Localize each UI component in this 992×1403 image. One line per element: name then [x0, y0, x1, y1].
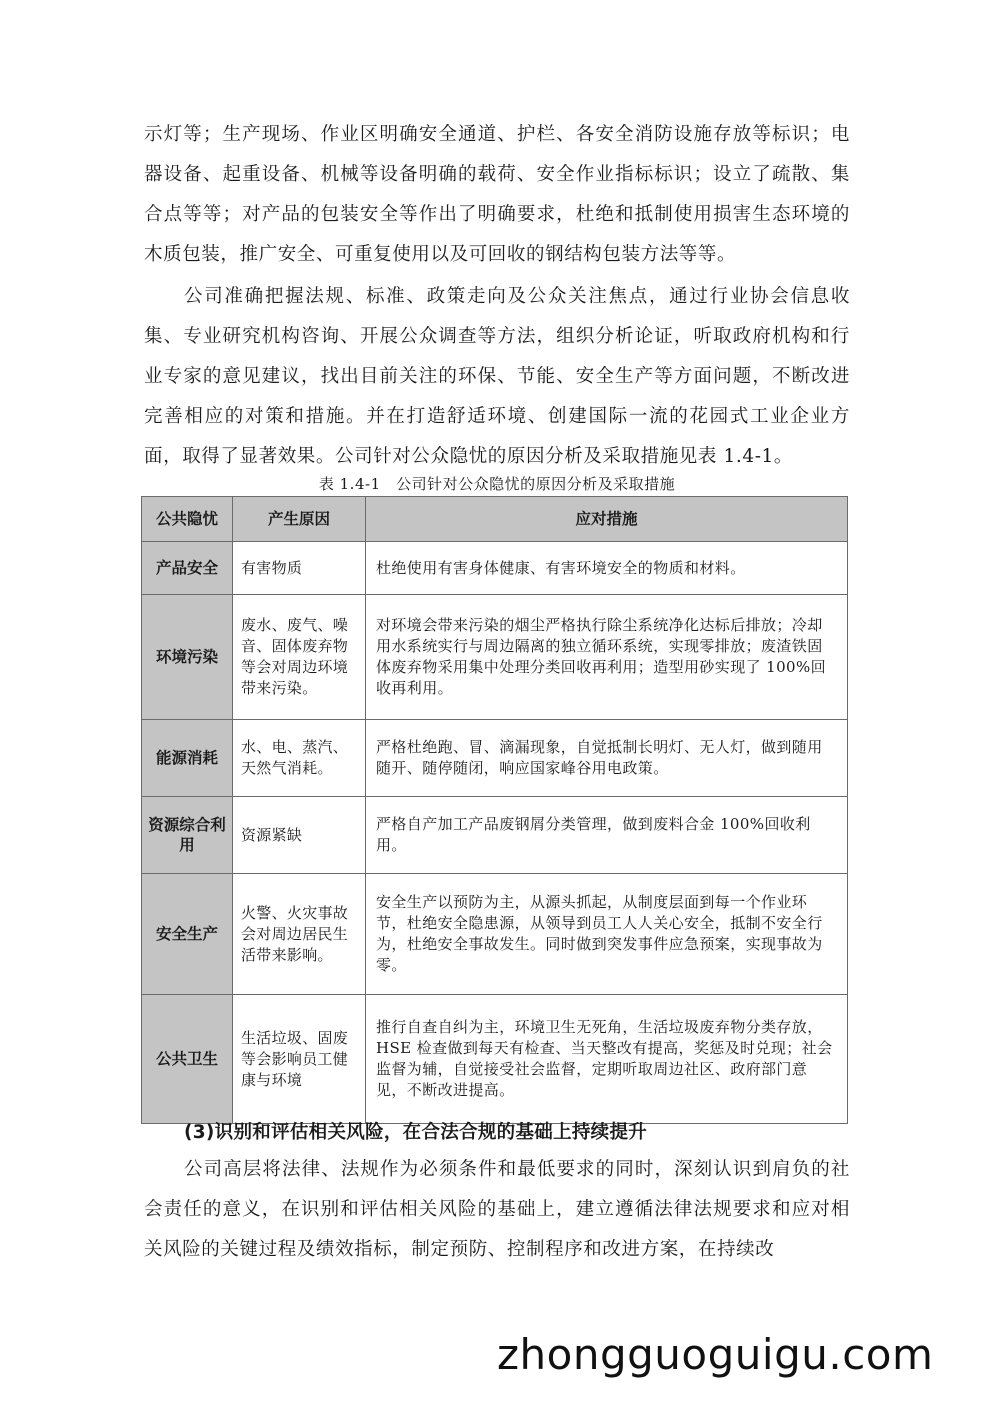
table-row: 产品安全 有害物质 杜绝使用有害身体健康、有害环境安全的物质和材料。 [142, 542, 848, 595]
table-row: 公共卫生 生活垃圾、固废等会影响员工健康与环境 推行自查自纠为主，环境卫生无死角… [142, 995, 848, 1124]
measure-cell: 杜绝使用有害身体健康、有害环境安全的物质和材料。 [366, 542, 848, 595]
public-concerns-table: 公共隐忧 产生原因 应对措施 产品安全 有害物质 杜绝使用有害身体健康、有害环境… [141, 496, 848, 1124]
measure-cell: 严格自产加工产品废钢屑分类管理，做到废料合金 100%回收利用。 [366, 797, 848, 874]
cause-cell: 有害物质 [233, 542, 366, 595]
concern-cell: 产品安全 [142, 542, 233, 595]
watermark-text: zhongguoguigu.com [497, 1330, 933, 1379]
cause-cell: 生活垃圾、固废等会影响员工健康与环境 [233, 995, 366, 1124]
header-measures: 应对措施 [366, 497, 848, 542]
table-row: 能源消耗 水、电、蒸汽、天然气消耗。 严格杜绝跑、冒、滴漏现象，自觉抵制长明灯、… [142, 720, 848, 797]
concern-cell: 资源综合利用 [142, 797, 233, 874]
concern-cell: 安全生产 [142, 874, 233, 995]
table-row: 资源综合利用 资源紧缺 严格自产加工产品废钢屑分类管理，做到废料合金 100%回… [142, 797, 848, 874]
concern-cell: 能源消耗 [142, 720, 233, 797]
measure-cell: 严格杜绝跑、冒、滴漏现象，自觉抵制长明灯、无人灯，做到随用随开、随停随闭，响应国… [366, 720, 848, 797]
measure-cell: 安全生产以预防为主，从源头抓起，从制度层面到每一个作业环节，杜绝安全隐患源，从领… [366, 874, 848, 995]
body-paragraph-1: 示灯等；生产现场、作业区明确安全通道、护栏、各安全消防设施存放等标识；电器设备、… [144, 115, 850, 275]
section-heading: (3)识别和评估相关风险，在合法合规的基础上持续提升 [184, 1118, 647, 1144]
concern-cell: 环境污染 [142, 595, 233, 720]
table-row: 环境污染 废水、废气、噪音、固体废弃物等会对周边环境带来污染。 对环境会带来污染… [142, 595, 848, 720]
document-page: 示灯等；生产现场、作业区明确安全通道、护栏、各安全消防设施存放等标识；电器设备、… [0, 0, 992, 1403]
body-paragraph-3: 公司高层将法律、法规作为必须条件和最低要求的同时，深刻认识到肩负的社会责任的意义… [144, 1150, 850, 1270]
body-paragraph-2: 公司准确把握法规、标准、政策走向及公众关注焦点，通过行业协会信息收集、专业研究机… [144, 277, 850, 477]
measure-cell: 推行自查自纠为主，环境卫生无死角，生活垃圾废弃物分类存放，HSE 检查做到每天有… [366, 995, 848, 1124]
cause-cell: 废水、废气、噪音、固体废弃物等会对周边环境带来污染。 [233, 595, 366, 720]
header-cause: 产生原因 [233, 497, 366, 542]
concern-cell: 公共卫生 [142, 995, 233, 1124]
cause-cell: 水、电、蒸汽、天然气消耗。 [233, 720, 366, 797]
table-row: 安全生产 火警、火灾事故会对周边居民生活带来影响。 安全生产以预防为主，从源头抓… [142, 874, 848, 995]
cause-cell: 资源紧缺 [233, 797, 366, 874]
header-public-concern: 公共隐忧 [142, 497, 233, 542]
table-caption: 表 1.4-1 公司针对公众隐忧的原因分析及采取措施 [144, 473, 850, 494]
measure-cell: 对环境会带来污染的烟尘严格执行除尘系统净化达标后排放；冷却用水系统实行与周边隔离… [366, 595, 848, 720]
table-header-row: 公共隐忧 产生原因 应对措施 [142, 497, 848, 542]
cause-cell: 火警、火灾事故会对周边居民生活带来影响。 [233, 874, 366, 995]
